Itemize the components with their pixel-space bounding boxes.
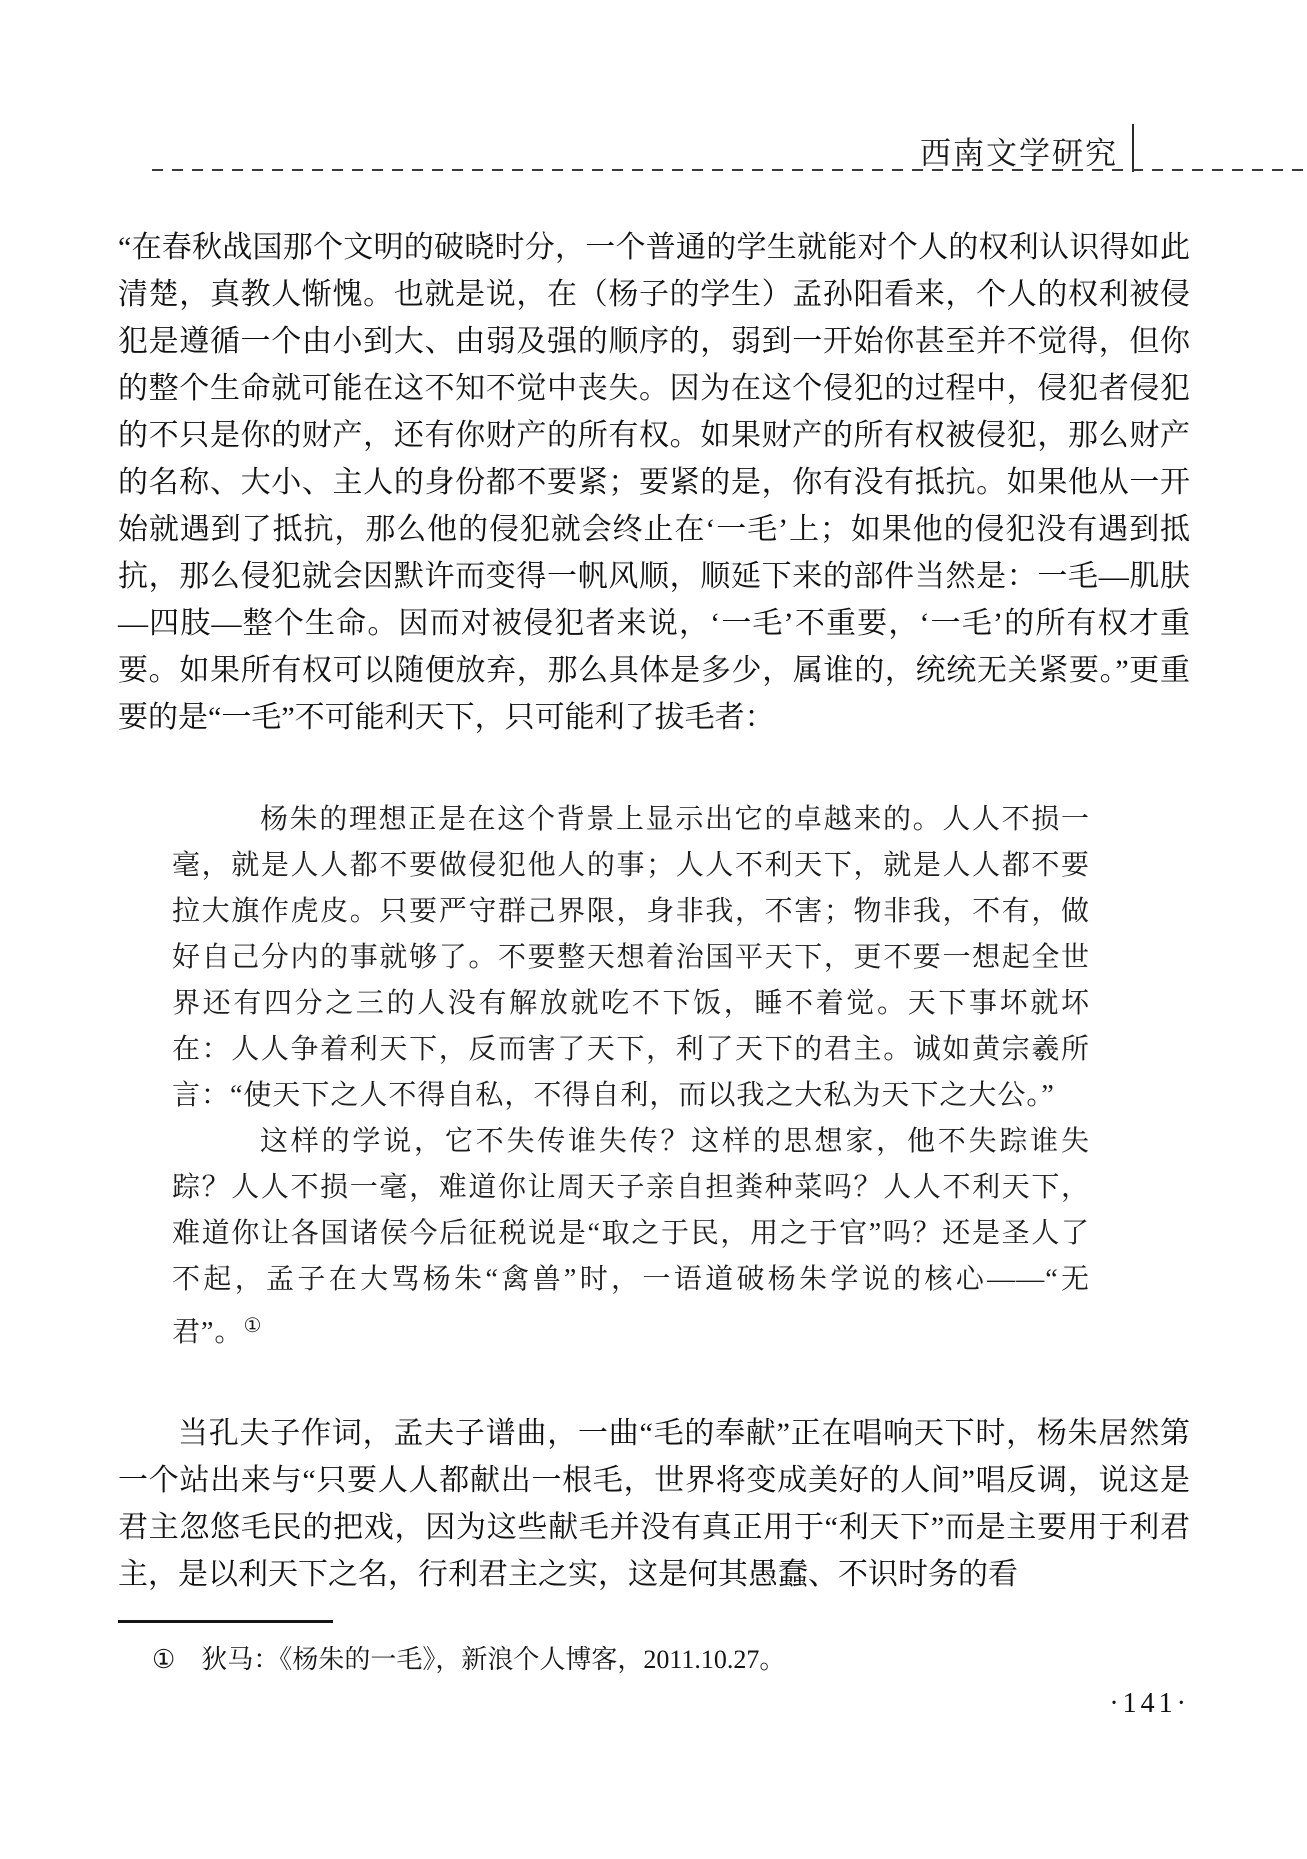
quote-paragraph-2: 这样的学说，它不失传谁失传？这样的思想家，他不失踪谁失踪？人人不损一毫，难道你让… [172, 1119, 1090, 1356]
body-paragraph-1: “在春秋战国那个文明的破晓时分，一个普通的学生就能对个人的权利认识得如此清楚，真… [118, 224, 1190, 741]
footnote-text: 狄马：《杨朱的一毛》，新浪个人博客，2011.10.27。 [201, 1645, 785, 1674]
body-paragraph-2: 当孔夫子作词，孟夫子谱曲，一曲“毛的奉献”正在唱响天下时，杨朱居然第一个站出来与… [118, 1410, 1190, 1598]
footnote-reference-mark: ① [243, 1315, 261, 1337]
running-head-vertical-rule [1132, 124, 1134, 172]
document-page: 西南文学研究 “在春秋战国那个文明的破晓时分，一个普通的学生就能对个人的权利认识… [0, 0, 1307, 1859]
page-number: ·141· [1109, 1688, 1190, 1720]
running-head-title: 西南文学研究 [920, 128, 1118, 173]
quote-paragraph-2-text: 这样的学说，它不失传谁失传？这样的思想家，他不失踪谁失踪？人人不损一毫，难道你让… [172, 1126, 1090, 1348]
footnote-line: ①狄马：《杨朱的一毛》，新浪个人博客，2011.10.27。 [118, 1640, 1190, 1680]
running-head-dashed-rule [152, 169, 1307, 171]
block-quote: 杨朱的理想正是在这个背景上显示出它的卓越来的。人人不损一毫，就是人人都不要做侵犯… [172, 797, 1090, 1356]
footnote-marker: ① [152, 1645, 175, 1674]
quote-paragraph-1: 杨朱的理想正是在这个背景上显示出它的卓越来的。人人不损一毫，就是人人都不要做侵犯… [172, 797, 1090, 1119]
footnote-separator-rule [118, 1620, 333, 1623]
text-column: “在春秋战国那个文明的破晓时分，一个普通的学生就能对个人的权利认识得如此清楚，真… [118, 224, 1190, 1680]
